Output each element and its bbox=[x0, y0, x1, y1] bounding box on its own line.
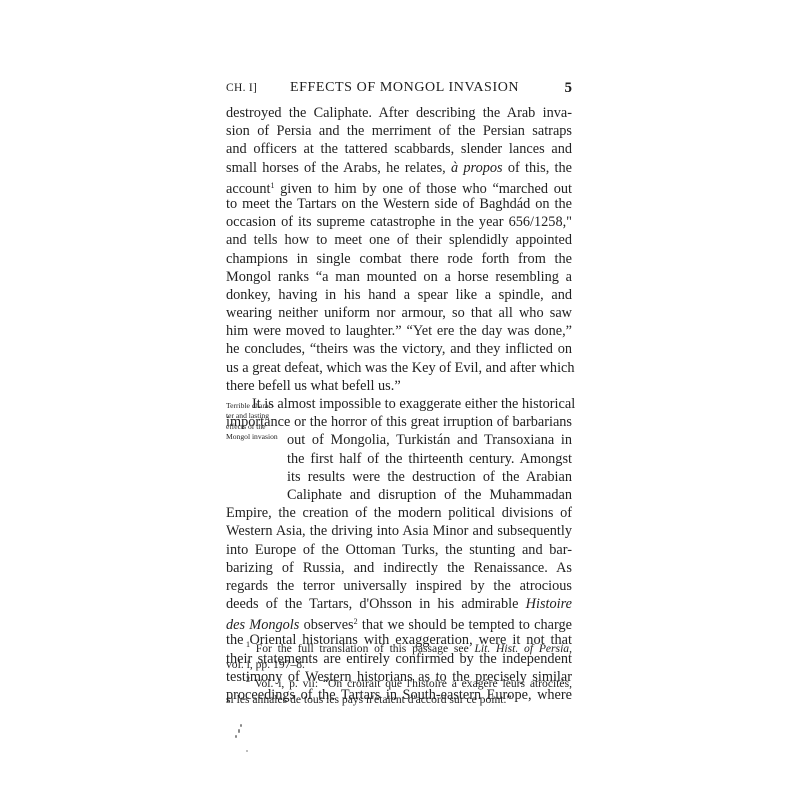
margin-note-line: Terrible charac- bbox=[226, 401, 288, 411]
text-line: small horses of the Arabs, he relates, à… bbox=[226, 159, 572, 177]
text-line: account1 given to him by one of those wh… bbox=[226, 177, 572, 195]
speck bbox=[240, 724, 242, 727]
text-line: Caliphate and disruption of the Muhammad… bbox=[226, 486, 572, 504]
chapter-title: EFFECTS OF MONGOL INVASION bbox=[290, 80, 519, 96]
footnote-2-cont: si les annales de tous les pays n'étaien… bbox=[226, 692, 572, 708]
chapter-marker: CH. I] bbox=[226, 82, 257, 94]
text-line: to meet the Tartars on the Western side … bbox=[226, 195, 572, 213]
text-line: there befell us what befell us.” bbox=[226, 377, 572, 395]
scan-specks bbox=[232, 720, 252, 760]
text-line: regards the terror universally inspired … bbox=[226, 577, 572, 595]
text-line: barizing of Russia, and indirectly the R… bbox=[226, 559, 572, 577]
text-line: and tells how to meet one of their splen… bbox=[226, 231, 572, 249]
speck bbox=[238, 729, 240, 733]
running-head: CH. I] EFFECTS OF MONGOL INVASION 5 bbox=[226, 80, 572, 98]
text-line: us a great defeat, which was the Key of … bbox=[226, 359, 572, 377]
footnote-2: 2 Vol. i, p. vii: “On croirait que l'his… bbox=[226, 672, 572, 692]
book-page: CH. I] EFFECTS OF MONGOL INVASION 5 dest… bbox=[0, 0, 800, 800]
footnote-citation: Lit. Hist. of Persia bbox=[474, 642, 569, 655]
margin-note-line: ter and lasting bbox=[226, 411, 288, 421]
speck bbox=[235, 735, 237, 738]
text-line: sion of Persia and the merriment of the … bbox=[226, 122, 572, 140]
text-line: into Europe of the Ottoman Turks, the st… bbox=[226, 541, 572, 559]
text-line: destroyed the Caliphate. After describin… bbox=[226, 104, 572, 122]
footnotes: 1 For the full translation of this passa… bbox=[226, 637, 572, 707]
text-line: donkey, having in his hand a spear like … bbox=[226, 286, 572, 304]
text-line: des Mongols observes2 that we should be … bbox=[226, 613, 572, 631]
speck bbox=[246, 750, 248, 752]
footnote-1: 1 For the full translation of this passa… bbox=[226, 637, 572, 657]
text-line: champions in single combat there rode fo… bbox=[226, 250, 572, 268]
text-line: and officers at the tattered scabbards, … bbox=[226, 140, 572, 158]
text-line: Mongol ranks “a man mounted on a horse r… bbox=[226, 268, 572, 286]
margin-note-line: effects of the bbox=[226, 422, 288, 432]
text-line: its results were the destruction of the … bbox=[226, 468, 572, 486]
text-line: deeds of the Tartars, d'Ohsson in his ad… bbox=[226, 595, 572, 613]
margin-note: Terrible charac- ter and lasting effects… bbox=[226, 401, 288, 443]
page-number: 5 bbox=[565, 80, 573, 97]
text-line: he concludes, “theirs was the victory, a… bbox=[226, 340, 572, 358]
italic-title: Histoire bbox=[526, 596, 572, 612]
text-line: him were moved to laughter.” “Yet ere th… bbox=[226, 322, 572, 340]
italic-phrase: à propos bbox=[451, 160, 503, 176]
text-line: wearing neither uniform nor armour, so t… bbox=[226, 304, 572, 322]
text-line: Western Asia, the driving into Asia Mino… bbox=[226, 522, 572, 540]
text-line: Empire, the creation of the modern polit… bbox=[226, 504, 572, 522]
text-line: occasion of its supreme catastrophe in t… bbox=[226, 213, 572, 231]
margin-note-line: Mongol invasion bbox=[226, 432, 288, 442]
footnote-1-cont: vol. i, pp. 197–8. bbox=[226, 657, 572, 673]
text-line: the first half of the thirteenth century… bbox=[226, 450, 572, 468]
